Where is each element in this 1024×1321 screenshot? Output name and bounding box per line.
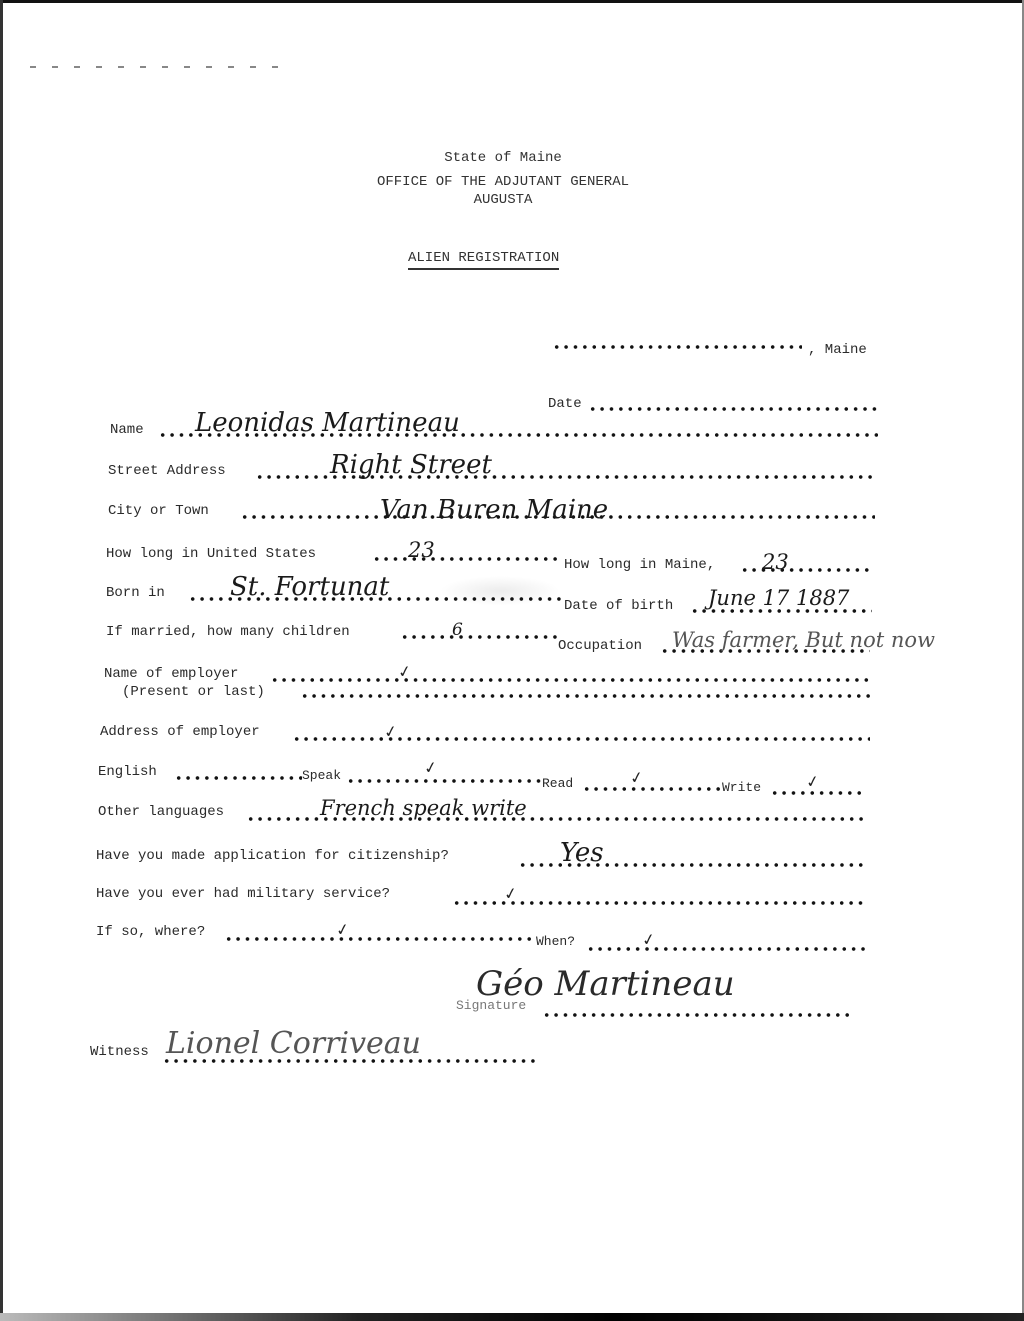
city-value: Van Buren Maine — [380, 495, 608, 525]
employer-address-checkmark: ✓ — [382, 721, 399, 742]
where-checkmark: ✓ — [334, 919, 351, 940]
city-heading: AUGUSTA — [303, 192, 703, 208]
english-label: English — [98, 764, 157, 780]
us-years-label: How long in United States — [106, 546, 316, 562]
english-speak-checkmark: ✓ — [422, 757, 439, 778]
employer-name-field-line2[interactable] — [300, 693, 870, 699]
employer-name-checkmark: ✓ — [396, 661, 413, 682]
english-leader — [174, 775, 302, 781]
where-label: If so, where? — [96, 924, 205, 940]
signature-value: Géo Martineau — [476, 964, 735, 1004]
maine-years-field[interactable] — [740, 567, 872, 573]
children-label: If married, how many children — [106, 624, 350, 640]
english-read-field[interactable] — [582, 786, 722, 792]
street-value: Right Street — [330, 450, 492, 480]
street-label: Street Address — [108, 463, 226, 479]
other-languages-label: Other languages — [98, 804, 224, 820]
children-value: 6 — [452, 620, 463, 640]
form-title: ALIEN REGISTRATION — [408, 250, 559, 270]
date-label: Date — [548, 396, 582, 412]
employer-address-field[interactable] — [292, 736, 870, 742]
maine-years-label: How long in Maine, — [564, 557, 715, 573]
dob-value: June 17 1887 — [708, 586, 849, 610]
maine-years-value: 23 — [762, 550, 789, 574]
english-read-label: Read — [542, 776, 573, 792]
english-write-field[interactable] — [770, 790, 864, 796]
signature-field[interactable] — [542, 1012, 852, 1018]
citizenship-label: Have you made application for citizenshi… — [96, 848, 449, 864]
name-value: Leonidas Martineau — [195, 408, 460, 438]
when-field[interactable] — [586, 946, 868, 952]
name-label: Name — [110, 422, 144, 438]
us-years-value: 23 — [408, 538, 435, 562]
scan-border-top — [0, 0, 1024, 3]
employer-name-sublabel: (Present or last) — [122, 684, 265, 700]
date-field[interactable] — [588, 406, 878, 412]
city-label: City or Town — [108, 503, 209, 519]
employer-address-label: Address of employer — [100, 724, 260, 740]
citizenship-value: Yes — [560, 838, 604, 868]
english-speak-label: Speak — [302, 768, 341, 784]
other-languages-value: French speak write — [320, 796, 527, 820]
when-checkmark: ✓ — [640, 929, 657, 950]
english-read-checkmark: ✓ — [628, 767, 645, 788]
witness-label: Witness — [90, 1044, 149, 1060]
employer-name-label: Name of employer — [104, 666, 238, 682]
state-heading: State of Maine — [303, 150, 703, 166]
military-label: Have you ever had military service? — [96, 886, 390, 902]
english-write-label: Write — [722, 780, 761, 796]
where-field[interactable] — [224, 936, 534, 942]
english-write-checkmark: ✓ — [804, 771, 821, 792]
english-speak-field[interactable] — [346, 778, 542, 784]
when-label: When? — [536, 934, 575, 950]
scan-smudge — [30, 66, 280, 68]
location-suffix: , Maine — [808, 342, 867, 358]
dob-label: Date of birth — [564, 598, 673, 614]
born-in-value: St. Fortunat — [230, 572, 389, 602]
scan-border-bottom — [0, 1313, 1024, 1321]
office-heading: OFFICE OF THE ADJUTANT GENERAL — [303, 174, 703, 190]
witness-value: Lionel Corriveau — [166, 1026, 421, 1061]
us-years-field[interactable] — [372, 556, 562, 562]
children-field[interactable] — [400, 634, 560, 640]
military-checkmark: ✓ — [502, 883, 519, 904]
location-field[interactable] — [552, 344, 802, 350]
occupation-label: Occupation — [558, 638, 642, 654]
scan-border-left — [0, 0, 3, 1321]
occupation-value: Was farmer, But not now — [672, 628, 935, 652]
employer-name-field[interactable] — [270, 677, 870, 683]
born-in-label: Born in — [106, 585, 165, 601]
